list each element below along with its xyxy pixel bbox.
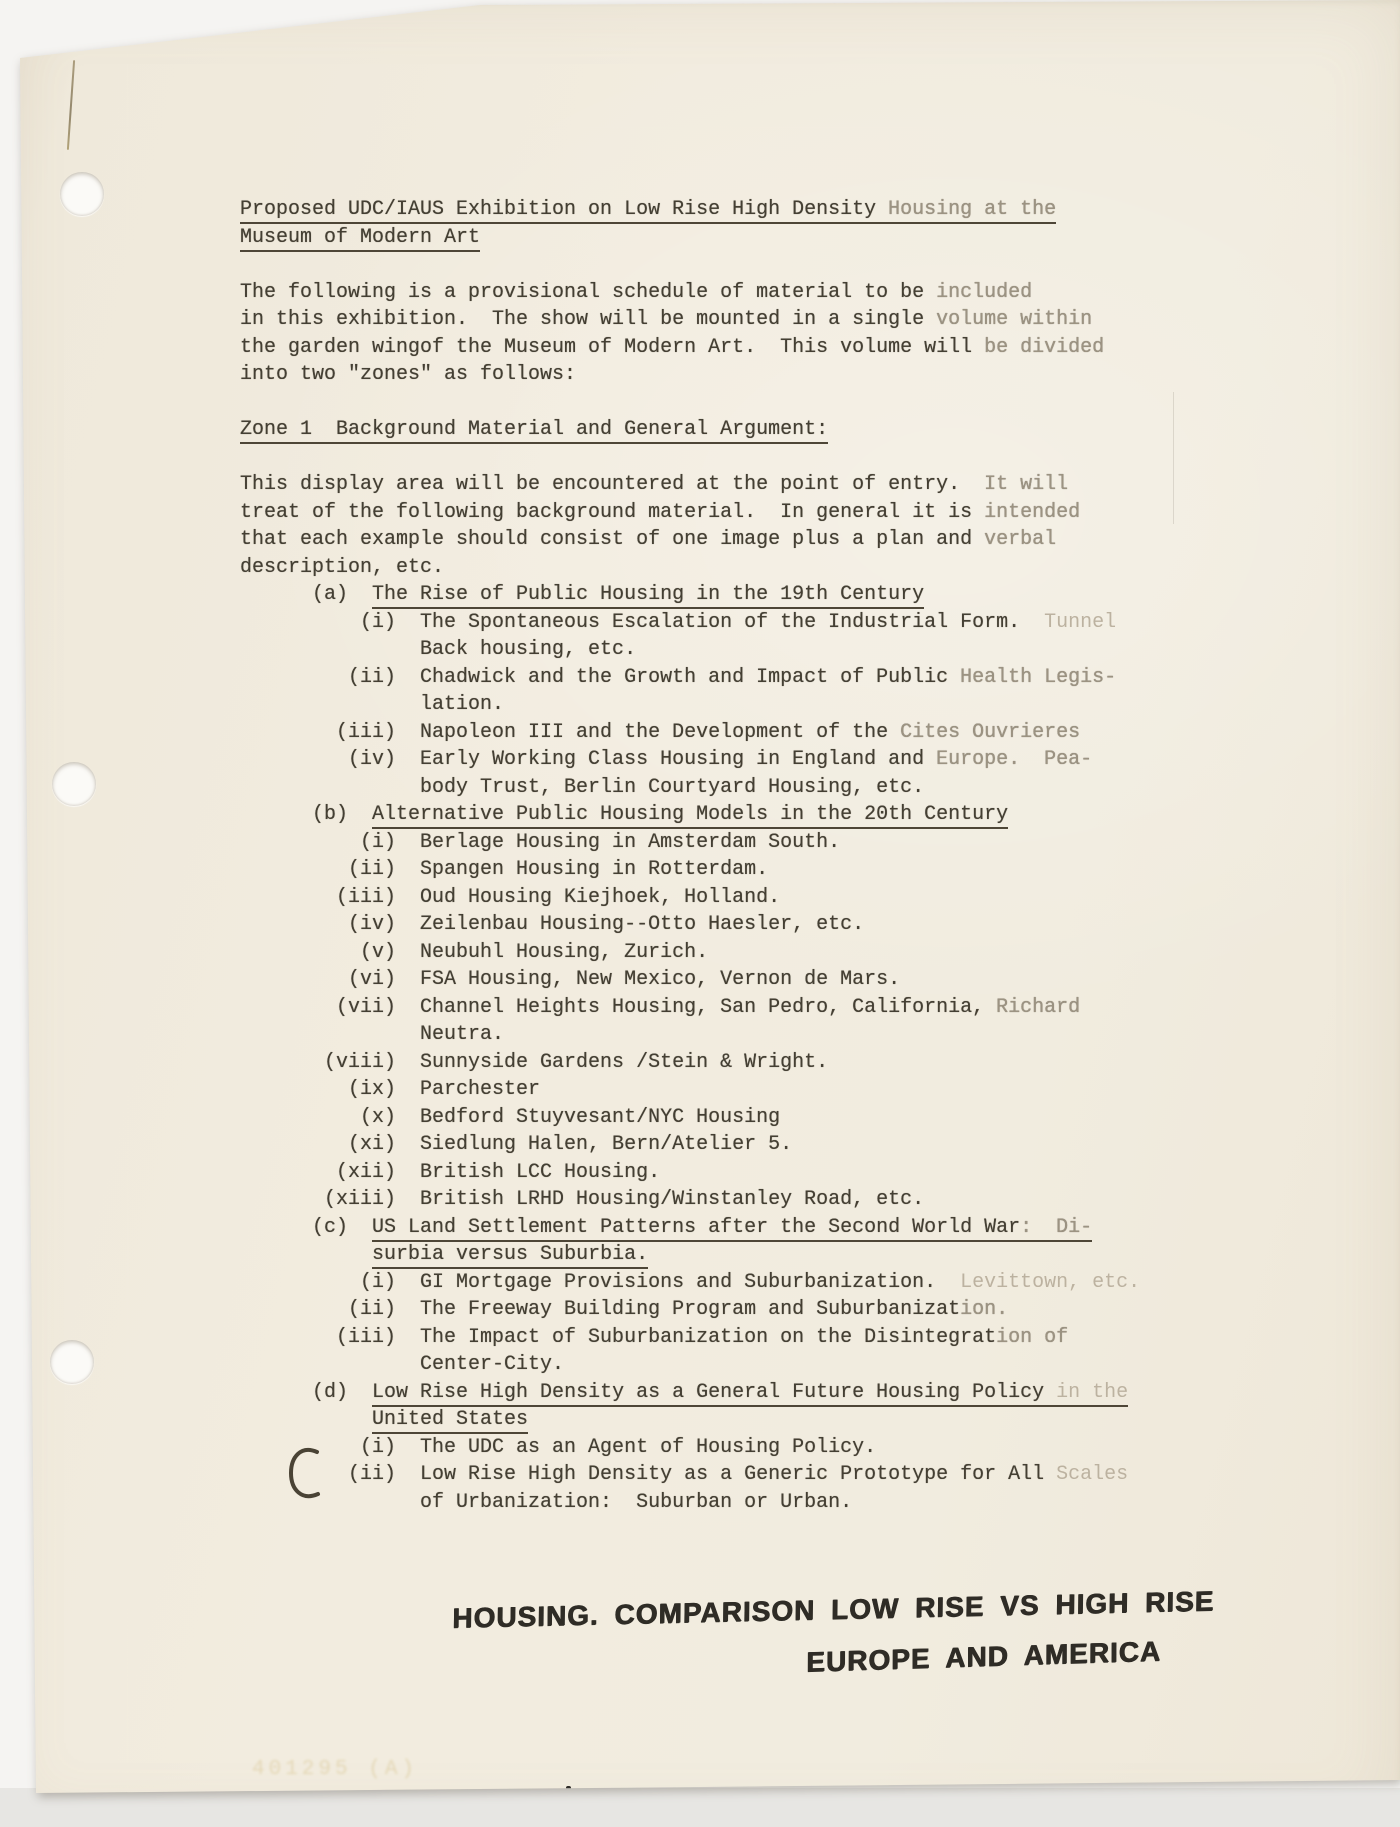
doc-line	[240, 444, 1140, 472]
doc-line: (vi) FSA Housing, New Mexico, Vernon de …	[240, 966, 1140, 994]
doc-line: (iii) The Impact of Suburbanization on t…	[240, 1324, 1140, 1352]
paper-sheet: Proposed UDC/IAUS Exhibition on Low Rise…	[0, 0, 1400, 1827]
doc-text: volume within	[936, 308, 1092, 331]
doc-text: (xii) British LCC Housing.	[240, 1161, 660, 1184]
doc-text-underlined: Museum of Modern Art	[240, 226, 480, 252]
doc-text-underlined: : Di-	[1020, 1216, 1092, 1242]
doc-text: Richard	[996, 996, 1080, 1019]
doc-line: This display area will be encountered at…	[240, 471, 1140, 499]
doc-line: (i) The UDC as an Agent of Housing Polic…	[240, 1434, 1140, 1462]
doc-text: Cites Ouvrieres	[900, 721, 1080, 744]
doc-text: This display area will be encountered at…	[240, 473, 984, 496]
doc-text: ion of	[996, 1326, 1068, 1349]
doc-line: body Trust, Berlin Courtyard Housing, et…	[240, 774, 1140, 802]
punch-hole-bottom	[50, 1340, 94, 1384]
doc-text: (ii) Chadwick and the Growth and Impact …	[240, 666, 960, 689]
doc-line: description, etc.	[240, 554, 1140, 582]
doc-line: treat of the following background materi…	[240, 499, 1140, 527]
doc-text-underlined: Housing at the	[888, 198, 1056, 224]
doc-line: (iii) Napoleon III and the Development o…	[240, 719, 1140, 747]
doc-line: Back housing, etc.	[240, 636, 1140, 664]
handwritten-note-line2: EUROPE AND AMERICA	[806, 1635, 1161, 1678]
bleedthrough-stamp: 401295 (A)	[252, 1758, 418, 1781]
doc-text: (iii) Oud Housing Kiejhoek, Holland.	[240, 886, 780, 909]
doc-line: that each example should consist of one …	[240, 526, 1140, 554]
doc-text-underlined: in the	[1056, 1381, 1128, 1407]
doc-text: the garden wingof the Museum of Modern A…	[240, 336, 984, 359]
doc-text: (i) The Spontaneous Escalation of the In…	[240, 611, 1044, 634]
doc-text: Scales	[1056, 1463, 1128, 1486]
doc-line: (i) The Spontaneous Escalation of the In…	[240, 609, 1140, 637]
doc-text: (vi) FSA Housing, New Mexico, Vernon de …	[240, 968, 900, 991]
doc-text: (d)	[240, 1381, 372, 1404]
doc-text: that each example should consist of one …	[240, 528, 984, 551]
doc-text: (xi) Siedlung Halen, Bern/Atelier 5.	[240, 1133, 792, 1156]
doc-text: included	[936, 281, 1032, 304]
doc-text	[240, 1408, 372, 1431]
doc-text: (i) GI Mortgage Provisions and Suburbani…	[240, 1271, 960, 1294]
paper-crease	[1173, 392, 1174, 524]
dust-speck	[566, 1786, 571, 1792]
handwritten-note-line1: HOUSING. COMPARISON LOW RISE VS HIGH RIS…	[452, 1585, 1215, 1634]
doc-text: Health Legis-	[960, 666, 1116, 689]
doc-text: (ii) The Freeway Building Program and Su…	[240, 1298, 960, 1321]
doc-text: in this exhibition. The show will be mou…	[240, 308, 936, 331]
doc-line: Zone 1 Background Material and General A…	[240, 416, 1140, 444]
doc-text: (ix) Parchester	[240, 1078, 540, 1101]
doc-text: (c)	[240, 1216, 372, 1239]
doc-line: (ii) The Freeway Building Program and Su…	[240, 1296, 1140, 1324]
doc-line: (iv) Zeilenbau Housing--Otto Haesler, et…	[240, 911, 1140, 939]
doc-text: be divided	[984, 336, 1104, 359]
doc-line: (ii) Chadwick and the Growth and Impact …	[240, 664, 1140, 692]
doc-text-underlined: US Land Settlement Patterns after the Se…	[372, 1216, 1020, 1242]
doc-text-underlined: United States	[372, 1408, 528, 1434]
doc-line: (b) Alternative Public Housing Models in…	[240, 801, 1140, 829]
doc-text-underlined: Zone 1 Background Material and General A…	[240, 418, 828, 444]
doc-line: (ii) Spangen Housing in Rotterdam.	[240, 856, 1140, 884]
doc-text: (ii) Spangen Housing in Rotterdam.	[240, 858, 768, 881]
doc-line: (ii) Low Rise High Density as a Generic …	[240, 1461, 1140, 1489]
doc-line: surbia versus Suburbia.	[240, 1241, 1140, 1269]
doc-line: (ix) Parchester	[240, 1076, 1140, 1104]
doc-text: (iv) Early Working Class Housing in Engl…	[240, 748, 936, 771]
doc-text: of Urbanization: Suburban or Urban.	[240, 1491, 852, 1514]
doc-line: (x) Bedford Stuyvesant/NYC Housing	[240, 1104, 1140, 1132]
doc-line: Museum of Modern Art	[240, 224, 1140, 252]
doc-text: ion.	[960, 1298, 1008, 1321]
paper-surface: Proposed UDC/IAUS Exhibition on Low Rise…	[0, 0, 1400, 1827]
doc-line: Center-City.	[240, 1351, 1140, 1379]
doc-text: description, etc.	[240, 556, 444, 579]
doc-line: (xii) British LCC Housing.	[240, 1159, 1140, 1187]
doc-text-underlined: surbia versus Suburbia.	[372, 1243, 648, 1269]
doc-line: Proposed UDC/IAUS Exhibition on Low Rise…	[240, 196, 1140, 224]
doc-text-underlined: The Rise of Public Housing in the 19th C…	[372, 583, 924, 609]
doc-text: The following is a provisional schedule …	[240, 281, 936, 304]
doc-line: (iv) Early Working Class Housing in Engl…	[240, 746, 1140, 774]
doc-text: lation.	[240, 693, 504, 716]
doc-text: treat of the following background materi…	[240, 501, 984, 524]
typed-text: Proposed UDC/IAUS Exhibition on Low Rise…	[240, 196, 1140, 1516]
handwritten-c-mark	[287, 1443, 321, 1503]
doc-text: (a)	[240, 583, 372, 606]
doc-text: Neutra.	[240, 1023, 504, 1046]
doc-text: Europe. Pea-	[936, 748, 1092, 771]
doc-text: (ii) Low Rise High Density as a Generic …	[240, 1463, 1056, 1486]
doc-line: (v) Neubuhl Housing, Zurich.	[240, 939, 1140, 967]
doc-line: (xi) Siedlung Halen, Bern/Atelier 5.	[240, 1131, 1140, 1159]
punch-hole-middle	[52, 762, 96, 806]
doc-text: body Trust, Berlin Courtyard Housing, et…	[240, 776, 924, 799]
doc-line: United States	[240, 1406, 1140, 1434]
doc-text: (vii) Channel Heights Housing, San Pedro…	[240, 996, 996, 1019]
doc-text: Back housing, etc.	[240, 638, 636, 661]
punch-hole-top	[60, 172, 104, 216]
doc-text: Tunnel	[1044, 611, 1116, 634]
doc-text: (x) Bedford Stuyvesant/NYC Housing	[240, 1106, 780, 1129]
doc-text: (v) Neubuhl Housing, Zurich.	[240, 941, 708, 964]
doc-line: (d) Low Rise High Density as a General F…	[240, 1379, 1140, 1407]
pen-scratch-mark	[67, 60, 75, 150]
doc-line: of Urbanization: Suburban or Urban.	[240, 1489, 1140, 1517]
doc-text: into two "zones" as follows:	[240, 363, 576, 386]
doc-text: Center-City.	[240, 1353, 564, 1376]
doc-text: (i) The UDC as an Agent of Housing Polic…	[240, 1436, 876, 1459]
doc-line	[240, 389, 1140, 417]
doc-text	[240, 1243, 372, 1266]
doc-text: (iii) Napoleon III and the Development o…	[240, 721, 900, 744]
doc-line: (i) GI Mortgage Provisions and Suburbani…	[240, 1269, 1140, 1297]
doc-text-underlined: Proposed UDC/IAUS Exhibition on Low Rise…	[240, 198, 888, 224]
doc-line: (xiii) British LRHD Housing/Winstanley R…	[240, 1186, 1140, 1214]
doc-line	[240, 251, 1140, 279]
doc-line: into two "zones" as follows:	[240, 361, 1140, 389]
doc-text: (xiii) British LRHD Housing/Winstanley R…	[240, 1188, 924, 1211]
doc-text: It will	[984, 473, 1068, 496]
doc-line: (i) Berlage Housing in Amsterdam South.	[240, 829, 1140, 857]
doc-line: The following is a provisional schedule …	[240, 279, 1140, 307]
doc-text: intended	[984, 501, 1080, 524]
doc-line: Neutra.	[240, 1021, 1140, 1049]
doc-text: (iv) Zeilenbau Housing--Otto Haesler, et…	[240, 913, 864, 936]
doc-line: (iii) Oud Housing Kiejhoek, Holland.	[240, 884, 1140, 912]
doc-line: in this exhibition. The show will be mou…	[240, 306, 1140, 334]
doc-text: (b)	[240, 803, 372, 826]
doc-line: lation.	[240, 691, 1140, 719]
doc-text: Levittown, etc.	[960, 1271, 1140, 1294]
doc-line: (viii) Sunnyside Gardens /Stein & Wright…	[240, 1049, 1140, 1077]
doc-line: the garden wingof the Museum of Modern A…	[240, 334, 1140, 362]
doc-text: (viii) Sunnyside Gardens /Stein & Wright…	[240, 1051, 828, 1074]
doc-line: (c) US Land Settlement Patterns after th…	[240, 1214, 1140, 1242]
doc-line: (vii) Channel Heights Housing, San Pedro…	[240, 994, 1140, 1022]
doc-text: (iii) The Impact of Suburbanization on t…	[240, 1326, 996, 1349]
doc-text-underlined: Alternative Public Housing Models in the…	[372, 803, 1008, 829]
doc-text: (i) Berlage Housing in Amsterdam South.	[240, 831, 840, 854]
doc-line: (a) The Rise of Public Housing in the 19…	[240, 581, 1140, 609]
doc-text: verbal	[984, 528, 1056, 551]
doc-text-underlined: Low Rise High Density as a General Futur…	[372, 1381, 1056, 1407]
